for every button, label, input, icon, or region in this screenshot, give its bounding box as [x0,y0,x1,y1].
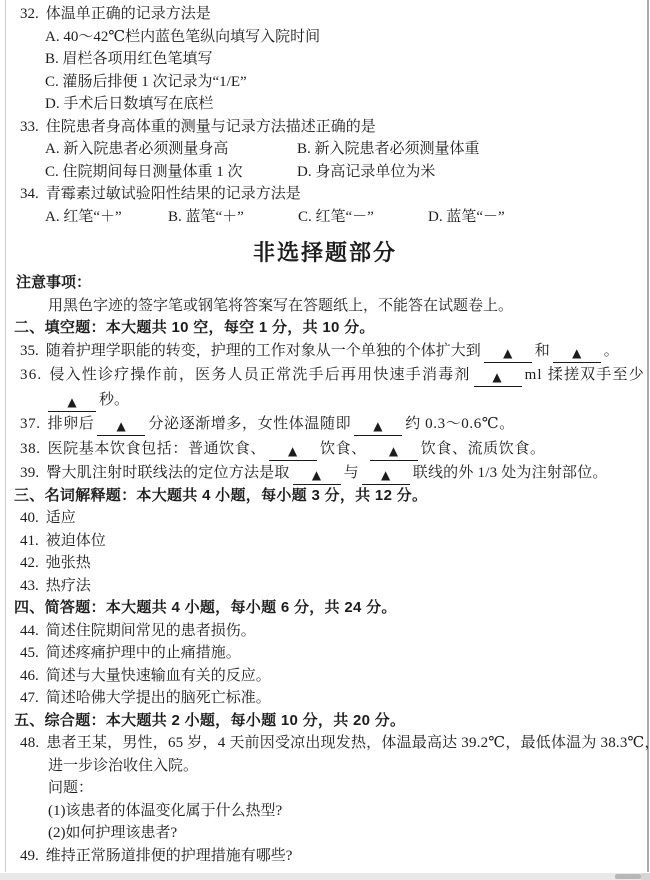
option-33-b: B. 新入院患者必须测量体重 [297,141,480,157]
question-number: 44. [20,623,39,639]
question-47: 47.简述哈佛大学提出的脑死亡标准。 [20,687,644,710]
question-48-sub2: (2)如何护理该患者? [20,822,644,845]
question-36-line2: ▲秒。 [20,389,644,412]
option-32-a: A. 40～42℃栏内蓝色笔纵向填写入院时间 [20,26,644,49]
answer-blank: ▲ [97,418,145,436]
question-text: 住院患者身高体重的测量与记录方法描述正确的是 [46,119,376,135]
question-44: 44.简述住院期间常见的患者损伤。 [20,620,644,643]
question-text: 排卵后 [48,416,95,432]
question-32-stem: 32.体温单正确的记录方法是 [20,3,644,26]
horizontal-scrollbar-thumb[interactable] [615,874,641,879]
question-number: 42. [20,555,39,571]
option-34-a: A. 红笔“＋” [45,206,168,229]
question-number: 47. [20,690,39,706]
question-35: 35.随着护理学职能的转变，护理的工作对象从一个单独的个体扩大到▲和▲。 [20,340,644,363]
question-text: 联线的外 1/3 处为注射部位。 [413,465,608,481]
question-number: 37. [20,416,41,432]
answer-blank: ▲ [553,345,601,363]
question-text: 简述哈佛大学提出的脑死亡标准。 [46,690,271,706]
question-text: 医院基本饮食包括：普通饮食、 [48,441,266,457]
question-text: 弛张热 [46,555,91,571]
option-row-34: A. 红笔“＋”B. 蓝笔“＋”C. 红笔“－”D. 蓝笔“－” [20,206,644,229]
question-text: 与 [344,465,359,481]
question-text: 和 [535,343,550,359]
question-number: 34. [20,186,39,202]
question-46: 46.简述与大量快速输血有关的反应。 [20,665,644,688]
question-text: 。 [604,343,619,359]
section-heading: 非选择题部分 [20,238,630,268]
question-number: 49. [20,848,39,864]
question-number: 45. [20,645,39,661]
question-text: 侵入性诊疗操作前，医务人员正常洗手后再用快速手消毒剂 [49,367,470,383]
question-text: 简述住院期间常见的患者损伤。 [46,623,256,639]
question-text: 患者王某，男性，65 岁，4 天前因受凉出现发热，体温最高达 39.2℃，最低体… [46,735,650,751]
question-number: 38. [20,441,41,457]
option-32-b: B. 眉栏各项用红色笔填写 [20,48,644,71]
question-number: 40. [20,510,39,526]
question-number: 33. [20,119,39,135]
answer-blank: ▲ [370,443,418,461]
question-38: 38.医院基本饮食包括：普通饮食、▲饮食、▲饮食、流质饮食。 [20,438,644,461]
question-text: 随着护理学职能的转变，护理的工作对象从一个单独的个体扩大到 [46,343,481,359]
answer-blank: ▲ [269,443,317,461]
option-33-d: D. 身高记录单位为米 [297,164,435,180]
question-39: 39.臀大肌注射时联线法的定位方法是取▲与▲联线的外 1/3 处为注射部位。 [20,462,644,485]
question-45: 45.简述疼痛护理中的止痛措施。 [20,642,644,665]
option-33-c: C. 住院期间每日测量体重 1 次 [45,161,297,184]
question-text: 被迫体位 [46,533,106,549]
answer-blank: ▲ [484,345,532,363]
terms-section-header: 三、名词解释题：本大题共 4 小题，每小题 3 分，共 12 分。 [14,485,644,508]
option-32-d: D. 手术后日数填写在底栏 [20,93,644,116]
answer-blank: ▲ [362,467,410,485]
option-34-c: C. 红笔“－” [298,206,428,229]
short-answer-section-header: 四、简答题：本大题共 4 小题，每小题 6 分，共 24 分。 [14,597,644,620]
question-text: 维持正常肠道排便的护理措施有哪些? [46,848,293,864]
question-number: 46. [20,668,39,684]
question-text: 体温单正确的记录方法是 [46,6,211,22]
question-34-stem: 34.青霉素过敏试验阳性结果的记录方法是 [20,183,644,206]
question-48-line2: 进一步诊治收住入院。 [20,755,644,778]
answer-blank: ▲ [48,394,96,412]
question-number: 48. [20,735,39,751]
question-41: 41.被迫体位 [20,530,644,553]
option-row-33-ab: A. 新入院患者必须测量身高B. 新入院患者必须测量体重 [20,138,644,161]
notice-body: 用黑色字迹的签字笔或钢笔将答案写在答题纸上，不能答在试题卷上。 [20,295,644,318]
question-text: 秒。 [99,392,129,408]
question-text: 热疗法 [46,578,91,594]
question-48-prompt: 问题： [20,777,644,800]
scrollbar-corner [641,873,650,880]
question-number: 32. [20,6,39,22]
question-text: 分泌逐渐增多，女性体温随即 [148,416,351,432]
question-text: 臀大肌注射时联线法的定位方法是取 [46,465,289,481]
question-49: 49.维持正常肠道排便的护理措施有哪些? [20,845,644,868]
question-text: 饮食、 [320,441,367,457]
question-number: 43. [20,578,39,594]
question-number: 39. [20,465,39,481]
question-48-sub1: (1)该患者的体温变化属于什么热型? [20,800,644,823]
question-37: 37.排卵后▲分泌逐渐增多，女性体温随即▲约 0.3～0.6℃。 [20,413,644,436]
question-43: 43.热疗法 [20,575,644,598]
question-text: 简述疼痛护理中的止痛措施。 [46,645,241,661]
question-number: 41. [20,533,39,549]
question-text: 适应 [46,510,76,526]
question-text: ml 揉搓双手至少 [525,367,645,383]
exam-page: 32.体温单正确的记录方法是 A. 40～42℃栏内蓝色笔纵向填写入院时间 B.… [0,0,650,867]
option-34-b: B. 蓝笔“＋” [168,206,298,229]
question-text: 饮食、流质饮食。 [421,441,546,457]
question-40: 40.适应 [20,507,644,530]
horizontal-scrollbar-track[interactable] [0,873,650,880]
question-text: 约 0.3～0.6℃。 [405,416,515,432]
answer-blank: ▲ [293,467,341,485]
answer-blank: ▲ [354,418,402,436]
question-number: 36. [20,367,42,383]
question-text: 青霉素过敏试验阳性结果的记录方法是 [46,186,301,202]
fill-section-header: 二、填空题：本大题共 10 空，每空 1 分，共 10 分。 [14,317,644,340]
option-row-33-cd: C. 住院期间每日测量体重 1 次D. 身高记录单位为米 [20,161,644,184]
question-48-line1: 48.患者王某，男性，65 岁，4 天前因受凉出现发热，体温最高达 39.2℃，… [20,732,644,755]
question-33-stem: 33.住院患者身高体重的测量与记录方法描述正确的是 [20,116,644,139]
question-number: 35. [20,343,39,359]
question-text: 简述与大量快速输血有关的反应。 [46,668,271,684]
question-36-line1: 36.侵入性诊疗操作前，医务人员正常洗手后再用快速手消毒剂▲ml 揉搓双手至少 [20,364,644,387]
question-42: 42.弛张热 [20,552,644,575]
option-33-a: A. 新入院患者必须测量身高 [45,138,297,161]
option-32-c: C. 灌肠后排便 1 次记录为“1/E” [20,71,644,94]
notice-title: 注意事项： [16,272,644,295]
answer-blank: ▲ [474,369,522,387]
option-34-d: D. 蓝笔“－” [428,209,505,225]
comprehensive-section-header: 五、综合题：本大题共 2 小题，每小题 10 分，共 20 分。 [14,710,644,733]
